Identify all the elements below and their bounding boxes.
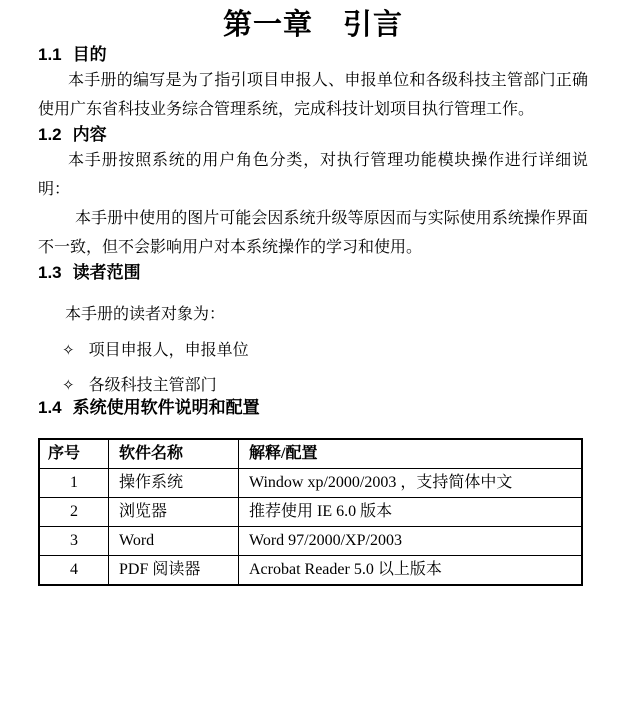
table-row: 3 Word Word 97/2000/XP/2003 [39, 527, 582, 556]
purpose-paragraph: 本手册的编写是为了指引项目申报人、申报单位和各级科技主管部门正确使用广东省科技业… [38, 66, 588, 124]
column-header-config: 解释/配置 [239, 439, 583, 469]
software-config-table: 序号 软件名称 解释/配置 1 操作系统 Window xp/2000/2003… [38, 438, 583, 586]
list-item-label: 各级科技主管部门 [89, 375, 217, 397]
cell-config: 推荐使用 IE 6.0 版本 [239, 498, 583, 527]
section-heading-purpose: 1.1目的 [38, 44, 588, 66]
cell-number: 1 [39, 469, 109, 498]
section-heading-text: 读者范围 [73, 263, 141, 282]
column-header-number: 序号 [39, 439, 109, 469]
cell-config: Acrobat Reader 5.0 以上版本 [239, 556, 583, 586]
section-number: 1.2 [38, 125, 62, 144]
section-heading-content: 1.2内容 [38, 124, 588, 146]
content-paragraph-2: 本手册中使用的图片可能会因系统升级等原因而与实际使用系统操作界面不一致，但不会影… [38, 204, 588, 262]
cell-config: Window xp/2000/2003 ，支持简体中文 [239, 469, 583, 498]
section-number: 1.1 [38, 45, 62, 64]
table-row: 2 浏览器 推荐使用 IE 6.0 版本 [39, 498, 582, 527]
column-header-software: 软件名称 [109, 439, 239, 469]
section-heading-text: 目的 [73, 45, 107, 64]
cell-software: 操作系统 [109, 469, 239, 498]
table-header-row: 序号 软件名称 解释/配置 [39, 439, 582, 469]
cell-number: 2 [39, 498, 109, 527]
list-item-authorities: ✧ 各级科技主管部门 [62, 375, 588, 397]
cell-number: 3 [39, 527, 109, 556]
section-heading-readers: 1.3读者范围 [38, 262, 588, 284]
table-row: 1 操作系统 Window xp/2000/2003 ，支持简体中文 [39, 469, 582, 498]
table-row: 4 PDF 阅读器 Acrobat Reader 5.0 以上版本 [39, 556, 582, 586]
content-paragraph-1: 本手册按照系统的用户角色分类，对执行管理功能模块操作进行详细说明： [38, 146, 588, 204]
section-heading-software: 1.4系统使用软件说明和配置 [38, 397, 588, 419]
cell-number: 4 [39, 556, 109, 586]
readers-intro: 本手册的读者对象为： [65, 304, 588, 326]
list-item-label: 项目申报人，申报单位 [89, 340, 249, 362]
section-number: 1.3 [38, 263, 62, 282]
list-item-applicants: ✧ 项目申报人，申报单位 [62, 340, 588, 362]
cell-software: 浏览器 [109, 498, 239, 527]
section-heading-text: 系统使用软件说明和配置 [73, 398, 260, 417]
star-bullet-icon: ✧ [62, 375, 75, 397]
cell-config: Word 97/2000/XP/2003 [239, 527, 583, 556]
chapter-title: 第一章 引言 [38, 6, 588, 44]
cell-software: Word [109, 527, 239, 556]
section-heading-text: 内容 [73, 125, 107, 144]
star-bullet-icon: ✧ [62, 340, 75, 362]
cell-software: PDF 阅读器 [109, 556, 239, 586]
section-number: 1.4 [38, 398, 62, 417]
document-page: 第一章 引言 1.1目的 本手册的编写是为了指引项目申报人、申报单位和各级科技主… [0, 0, 626, 728]
